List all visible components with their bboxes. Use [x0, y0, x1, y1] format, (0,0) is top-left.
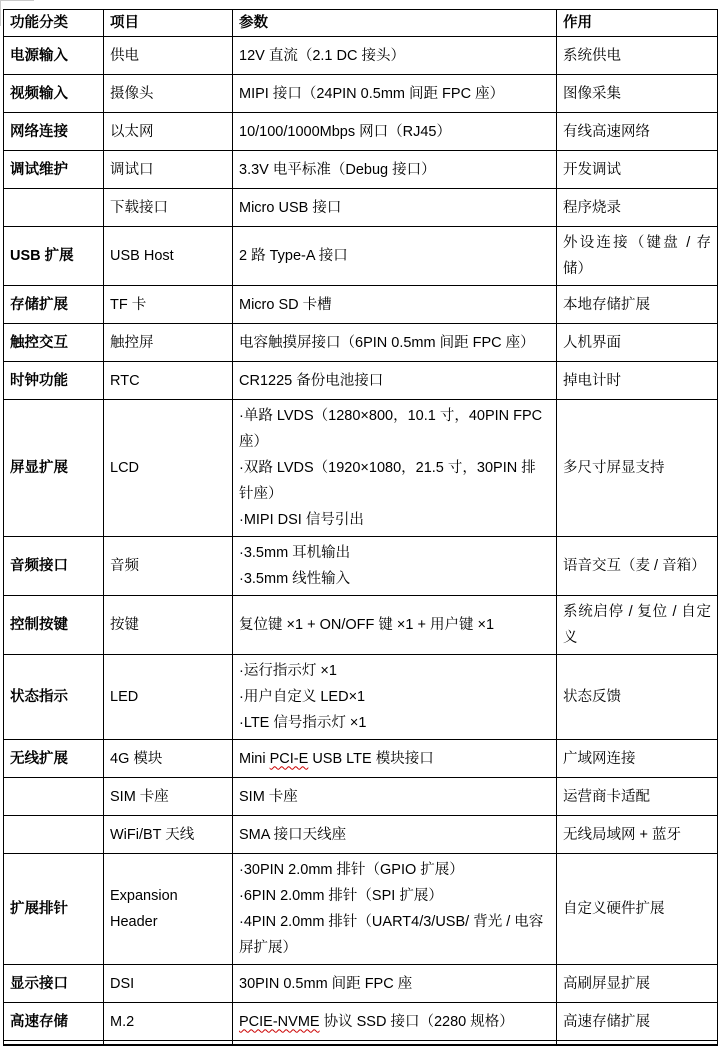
params-cell: 10/100/1000Mbps 网口（RJ45）: [233, 113, 557, 151]
cutoff-cell: [233, 1041, 557, 1046]
purpose-cell: 开发调试: [557, 151, 718, 189]
header-row: 功能分类项目参数作用: [4, 10, 718, 37]
purpose-cell: 状态反馈: [557, 655, 718, 740]
item-cell: 供电: [104, 37, 233, 75]
param-line: CR1225 备份电池接口: [239, 368, 550, 394]
spellcheck-squiggle: PCIE-NVME: [239, 1014, 320, 1030]
params-cell: MIPI 接口（24PIN 0.5mm 间距 FPC 座）: [233, 75, 557, 113]
table-row: 状态指示LED·运行指示灯 ×1·用户自定义 LED×1·LTE 信号指示灯 ×…: [4, 655, 718, 740]
params-cell: 12V 直流（2.1 DC 接头）: [233, 37, 557, 75]
cutoff-row: [4, 1041, 718, 1046]
item-cell: 调试口: [104, 151, 233, 189]
purpose-cell: 人机界面: [557, 324, 718, 362]
param-line: ·30PIN 2.0mm 排针（GPIO 扩展）: [239, 857, 550, 883]
params-cell: 3.3V 电平标准（Debug 接口）: [233, 151, 557, 189]
item-cell: Expansion Header: [104, 854, 233, 965]
item-cell: 按键: [104, 596, 233, 655]
param-line: 3.3V 电平标准（Debug 接口）: [239, 157, 550, 183]
purpose-cell: 广域网连接: [557, 740, 718, 778]
category-cell: 电源输入: [4, 37, 104, 75]
params-cell: CR1225 备份电池接口: [233, 362, 557, 400]
purpose-cell: 运营商卡适配: [557, 778, 718, 816]
param-line: PCIE-NVME 协议 SSD 接口（2280 规格）: [239, 1009, 550, 1035]
params-cell: SIM 卡座: [233, 778, 557, 816]
param-line: ·MIPI DSI 信号引出: [239, 507, 550, 533]
table-row: SIM 卡座SIM 卡座运营商卡适配: [4, 778, 718, 816]
params-cell: ·运行指示灯 ×1·用户自定义 LED×1·LTE 信号指示灯 ×1: [233, 655, 557, 740]
param-line: ·3.5mm 耳机输出: [239, 540, 550, 566]
category-cell: USB 扩展: [4, 227, 104, 286]
param-line: ·运行指示灯 ×1: [239, 658, 550, 684]
column-header: 功能分类: [4, 10, 104, 37]
item-cell: 摄像头: [104, 75, 233, 113]
params-cell: PCIE-NVME 协议 SSD 接口（2280 规格）: [233, 1003, 557, 1041]
table-row: 屏显扩展LCD·单路 LVDS（1280×800，10.1 寸，40PIN FP…: [4, 400, 718, 537]
params-cell: 电容触摸屏接口（6PIN 0.5mm 间距 FPC 座）: [233, 324, 557, 362]
purpose-cell: 掉电计时: [557, 362, 718, 400]
purpose-cell: 多尺寸屏显支持: [557, 400, 718, 537]
param-line: Micro USB 接口: [239, 195, 550, 221]
category-cell: 无线扩展: [4, 740, 104, 778]
table-margin-guide-horizontal: [0, 0, 34, 1]
item-cell: USB Host: [104, 227, 233, 286]
table-row: 扩展排针Expansion Header·30PIN 2.0mm 排针（GPIO…: [4, 854, 718, 965]
item-cell: RTC: [104, 362, 233, 400]
purpose-cell: 高速存储扩展: [557, 1003, 718, 1041]
table-row: 无线扩展4G 模块Mini PCI-E USB LTE 模块接口广域网连接: [4, 740, 718, 778]
category-cell: 屏显扩展: [4, 400, 104, 537]
param-line: ·LTE 信号指示灯 ×1: [239, 710, 550, 736]
purpose-cell: 本地存储扩展: [557, 286, 718, 324]
item-cell: 下载接口: [104, 189, 233, 227]
category-cell: 扩展排针: [4, 854, 104, 965]
param-line: 30PIN 0.5mm 间距 FPC 座: [239, 971, 550, 997]
params-cell: Micro SD 卡槽: [233, 286, 557, 324]
item-cell: WiFi/BT 天线: [104, 816, 233, 854]
purpose-cell: 外设连接（键盘 / 存储）: [557, 227, 718, 286]
param-line: ·3.5mm 线性输入: [239, 566, 550, 592]
param-line: SIM 卡座: [239, 784, 550, 810]
table-row: 高速存储M.2PCIE-NVME 协议 SSD 接口（2280 规格）高速存储扩…: [4, 1003, 718, 1041]
table-margin-guide-vertical: [0, 0, 1, 26]
param-line: ·双路 LVDS（1920×1080，21.5 寸，30PIN 排针座）: [239, 455, 550, 507]
item-cell: 触控屏: [104, 324, 233, 362]
table-row: 网络连接以太网10/100/1000Mbps 网口（RJ45）有线高速网络: [4, 113, 718, 151]
params-cell: ·单路 LVDS（1280×800，10.1 寸，40PIN FPC 座）·双路…: [233, 400, 557, 537]
param-line: ·用户自定义 LED×1: [239, 684, 550, 710]
table-row: 显示接口DSI30PIN 0.5mm 间距 FPC 座高刷屏显扩展: [4, 965, 718, 1003]
item-cell: M.2: [104, 1003, 233, 1041]
table-row: 电源输入供电12V 直流（2.1 DC 接头）系统供电: [4, 37, 718, 75]
category-cell: 控制按键: [4, 596, 104, 655]
param-line: ·单路 LVDS（1280×800，10.1 寸，40PIN FPC 座）: [239, 403, 550, 455]
item-cell: TF 卡: [104, 286, 233, 324]
category-cell: [4, 778, 104, 816]
table-row: USB 扩展USB Host2 路 Type-A 接口外设连接（键盘 / 存储）: [4, 227, 718, 286]
param-line: Micro SD 卡槽: [239, 292, 550, 318]
table-row: 控制按键按键复位键 ×1 + ON/OFF 键 ×1 + 用户键 ×1系统启停 …: [4, 596, 718, 655]
category-cell: 显示接口: [4, 965, 104, 1003]
purpose-cell: 高刷屏显扩展: [557, 965, 718, 1003]
params-cell: ·3.5mm 耳机输出·3.5mm 线性输入: [233, 537, 557, 596]
params-cell: 复位键 ×1 + ON/OFF 键 ×1 + 用户键 ×1: [233, 596, 557, 655]
param-line: 10/100/1000Mbps 网口（RJ45）: [239, 119, 550, 145]
params-cell: SMA 接口天线座: [233, 816, 557, 854]
cutoff-cell: [557, 1041, 718, 1046]
params-cell: 30PIN 0.5mm 间距 FPC 座: [233, 965, 557, 1003]
spellcheck-squiggle: PCI-E: [270, 751, 309, 767]
item-cell: LED: [104, 655, 233, 740]
purpose-cell: 图像采集: [557, 75, 718, 113]
category-cell: [4, 189, 104, 227]
category-cell: 触控交互: [4, 324, 104, 362]
param-line: Mini PCI-E USB LTE 模块接口: [239, 746, 550, 772]
spec-table: 功能分类项目参数作用电源输入供电12V 直流（2.1 DC 接头）系统供电视频输…: [3, 9, 718, 1046]
column-header: 作用: [557, 10, 718, 37]
category-cell: 网络连接: [4, 113, 104, 151]
purpose-cell: 系统供电: [557, 37, 718, 75]
purpose-cell: 自定义硬件扩展: [557, 854, 718, 965]
param-line: SMA 接口天线座: [239, 822, 550, 848]
cutoff-cell: [104, 1041, 233, 1046]
category-cell: 音频接口: [4, 537, 104, 596]
category-cell: [4, 816, 104, 854]
purpose-cell: 语音交互（麦 / 音箱）: [557, 537, 718, 596]
params-cell: Micro USB 接口: [233, 189, 557, 227]
param-line: 电容触摸屏接口（6PIN 0.5mm 间距 FPC 座）: [239, 330, 550, 356]
param-line: 12V 直流（2.1 DC 接头）: [239, 43, 550, 69]
item-cell: 以太网: [104, 113, 233, 151]
item-cell: 4G 模块: [104, 740, 233, 778]
param-line: MIPI 接口（24PIN 0.5mm 间距 FPC 座）: [239, 81, 550, 107]
params-cell: Mini PCI-E USB LTE 模块接口: [233, 740, 557, 778]
category-cell: 时钟功能: [4, 362, 104, 400]
table-row: 时钟功能RTCCR1225 备份电池接口掉电计时: [4, 362, 718, 400]
cutoff-cell: [4, 1041, 104, 1046]
table-row: 调试维护调试口3.3V 电平标准（Debug 接口）开发调试: [4, 151, 718, 189]
document-page: 功能分类项目参数作用电源输入供电12V 直流（2.1 DC 接头）系统供电视频输…: [0, 0, 719, 1056]
column-header: 项目: [104, 10, 233, 37]
table-row: 存储扩展TF 卡Micro SD 卡槽本地存储扩展: [4, 286, 718, 324]
category-cell: 调试维护: [4, 151, 104, 189]
category-cell: 视频输入: [4, 75, 104, 113]
item-cell: SIM 卡座: [104, 778, 233, 816]
params-cell: 2 路 Type-A 接口: [233, 227, 557, 286]
purpose-cell: 有线高速网络: [557, 113, 718, 151]
param-line: ·6PIN 2.0mm 排针（SPI 扩展）: [239, 883, 550, 909]
category-cell: 状态指示: [4, 655, 104, 740]
item-cell: DSI: [104, 965, 233, 1003]
table-row: 视频输入摄像头MIPI 接口（24PIN 0.5mm 间距 FPC 座）图像采集: [4, 75, 718, 113]
purpose-cell: 系统启停 / 复位 / 自定义: [557, 596, 718, 655]
table-row: 下载接口Micro USB 接口程序烧录: [4, 189, 718, 227]
purpose-cell: 无线局域网 + 蓝牙: [557, 816, 718, 854]
param-line: 2 路 Type-A 接口: [239, 243, 550, 269]
param-line: 复位键 ×1 + ON/OFF 键 ×1 + 用户键 ×1: [239, 612, 550, 638]
category-cell: 存储扩展: [4, 286, 104, 324]
category-cell: 高速存储: [4, 1003, 104, 1041]
column-header: 参数: [233, 10, 557, 37]
table-row: WiFi/BT 天线SMA 接口天线座无线局域网 + 蓝牙: [4, 816, 718, 854]
purpose-cell: 程序烧录: [557, 189, 718, 227]
item-cell: 音频: [104, 537, 233, 596]
table-row: 触控交互触控屏电容触摸屏接口（6PIN 0.5mm 间距 FPC 座）人机界面: [4, 324, 718, 362]
params-cell: ·30PIN 2.0mm 排针（GPIO 扩展）·6PIN 2.0mm 排针（S…: [233, 854, 557, 965]
param-line: ·4PIN 2.0mm 排针（UART4/3/USB/ 背光 / 电容屏扩展）: [239, 909, 550, 961]
item-cell: LCD: [104, 400, 233, 537]
table-row: 音频接口音频·3.5mm 耳机输出·3.5mm 线性输入语音交互（麦 / 音箱）: [4, 537, 718, 596]
